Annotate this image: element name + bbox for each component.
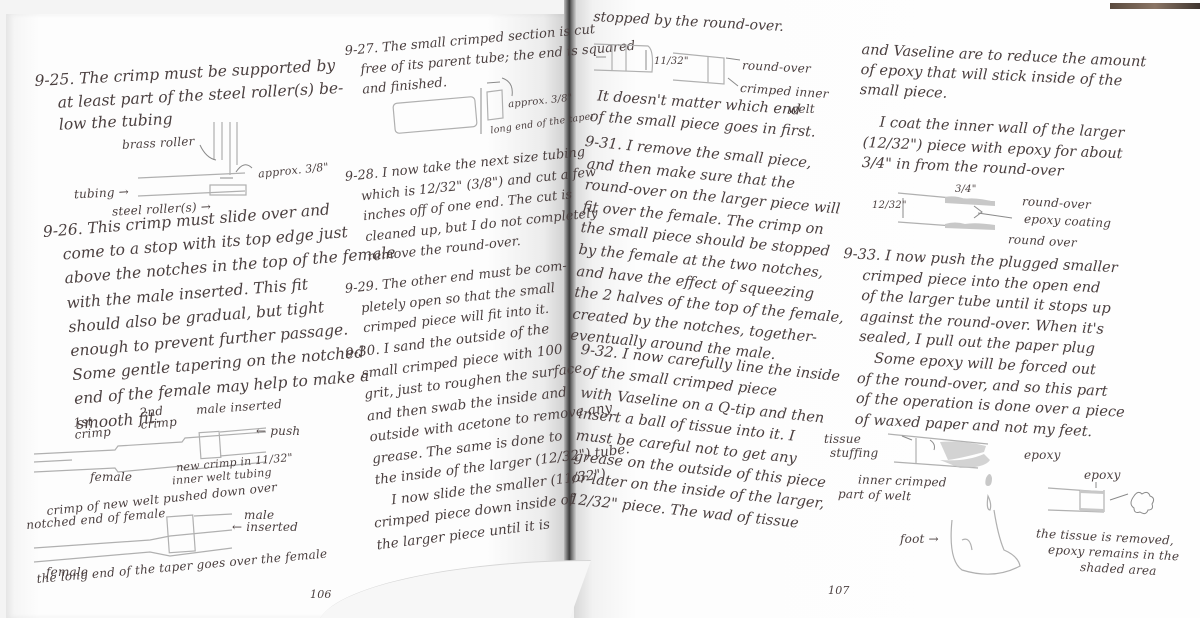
label-inserted: ← inserted [232,520,298,534]
label-epoxy-2: epoxy [1084,468,1121,482]
label-part-of-welt: part of welt [838,487,912,504]
background-object-edge [1110,3,1200,9]
label-push: ← push [256,424,300,438]
section-continued-2: and Vaseline are to reduce the amount of… [859,40,1146,112]
epoxy-drip-diagram [0,0,1,1]
label-first-crimp: 1st crimp [73,413,115,440]
section-9-31: 9-31. I remove the small piece, and then… [565,132,859,373]
label-tubing: tubing → [74,185,130,202]
label-dim-11-32: 11/32" [654,56,689,67]
label-epoxy: epoxy [1024,448,1061,462]
label-tissue: tissue [824,432,861,446]
page-number-left: 106 [310,588,332,601]
label-foot: foot → [900,532,939,546]
label-stuffing: stuffing [830,446,878,460]
section-9-33: 9-33. I now push the plugged smaller cri… [834,244,1132,444]
open-book-spread: 9-25. The crimp must be supported by at … [0,0,1200,618]
label-female: female [90,470,132,484]
label-three-quarter: 3/4" [955,184,977,195]
section-9-32: 9-32. I now carefully line the inside of… [564,340,841,538]
label-dim-12-32: 12/32" [872,200,907,211]
page-number-right: 107 [828,584,850,597]
label-second-crimp: 2nd crimp [139,403,181,430]
section-coat: I coat the inner wall of the larger (12/… [861,112,1125,185]
